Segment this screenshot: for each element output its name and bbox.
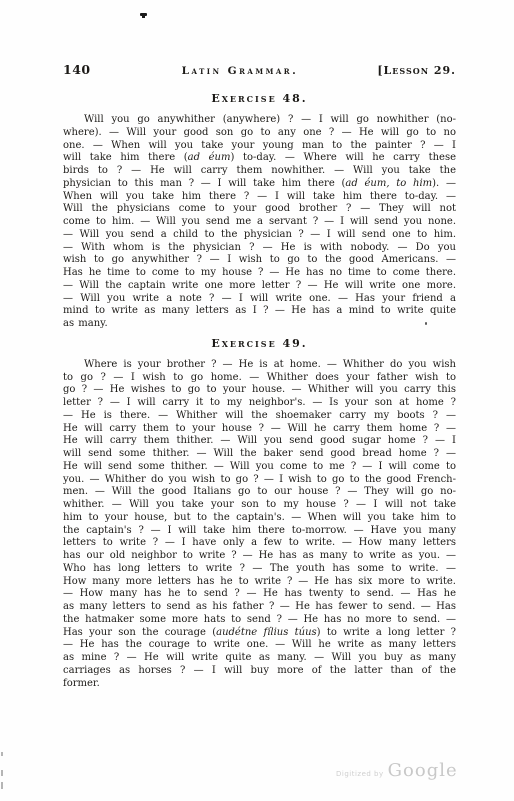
scan-artifact-edge-mark xyxy=(1,770,3,776)
exercise-49-body: Where is your brother ? — He is at home.… xyxy=(63,359,456,691)
text-line: go ? — He wishes to go to your house. — … xyxy=(63,384,456,397)
text-line: Has he time to come to my house ? — He h… xyxy=(63,267,456,280)
exercise-49-heading: Exercise 49. xyxy=(63,338,456,350)
text-line: come to him. — Will you send me a servan… xyxy=(63,216,456,229)
text-line: former. xyxy=(63,678,456,691)
text-line: you. — Whither do you wish to go ? — I w… xyxy=(63,474,456,487)
text-line: birds to ? — He will carry them nowhithe… xyxy=(63,165,456,178)
text-line: will take him there (ad éum) to-day. — W… xyxy=(63,152,456,165)
text-line: the hatmaker some more hats to send ? — … xyxy=(63,614,456,627)
text-line: Has your son the courage (audétne fílius… xyxy=(63,627,456,640)
text-line: — Will the captain write one more letter… xyxy=(63,280,456,293)
text-line: men. — Will the good Italians go to our … xyxy=(63,486,456,499)
text-line: as mine ? — He will write quite as many.… xyxy=(63,652,456,665)
text-line: Will you go anywhither (anywhere) ? — I … xyxy=(63,114,456,127)
text-line: has our old neighbor to write ? — He has… xyxy=(63,550,456,563)
running-title: Latin Grammar. xyxy=(182,65,299,78)
text-line: Who has long letters to write ? — The yo… xyxy=(63,563,456,576)
scan-artifact-edge-mark xyxy=(1,752,3,756)
scanned-book-page: 140 Latin Grammar. [Lesson 29. Exercise … xyxy=(0,0,514,801)
text-line: When will you take him there ? — I will … xyxy=(63,191,456,204)
scan-artifact-ink-blot xyxy=(140,13,147,16)
text-line: as many. xyxy=(63,318,456,331)
text-line: Will the physicians come to your good br… xyxy=(63,203,456,216)
text-line: letter ? — I will carry it to my neighbo… xyxy=(63,397,456,410)
watermark-prefix: Digitized by xyxy=(336,770,384,778)
google-logo: Google xyxy=(388,760,458,781)
page-header: 140 Latin Grammar. [Lesson 29. xyxy=(63,63,456,78)
text-line: How many more letters has he to write ? … xyxy=(63,576,456,589)
text-line: Where is your brother ? — He is at home.… xyxy=(63,359,456,372)
text-line: physician to this man ? — I will take hi… xyxy=(63,178,456,191)
exercise-48-body: Will you go anywhither (anywhere) ? — I … xyxy=(63,114,456,331)
text-line: the captain's ? — I will take him there … xyxy=(63,525,456,538)
text-line: letters to write ? — I have only a few t… xyxy=(63,537,456,550)
page-content: 140 Latin Grammar. [Lesson 29. Exercise … xyxy=(63,63,456,690)
page-number: 140 xyxy=(63,63,91,76)
text-line: carriages as horses ? — I will buy more … xyxy=(63,665,456,678)
text-line: one. — When will you take your young man… xyxy=(63,140,456,153)
text-line: where). — Will your good son go to any o… xyxy=(63,127,456,140)
scan-artifact-edge-mark xyxy=(1,782,3,789)
text-line: He will carry them thither. — Will you s… xyxy=(63,435,456,448)
text-line: — How many has he to send ? — He has twe… xyxy=(63,588,456,601)
text-line: will send some thither. — Will the baker… xyxy=(63,448,456,461)
lesson-reference: [Lesson 29. xyxy=(377,64,456,77)
text-line: to go ? — I wish to go home. — Whither d… xyxy=(63,372,456,385)
text-line: wish to go anywhither ? — I wish to go t… xyxy=(63,254,456,267)
exercise-48-heading: Exercise 48. xyxy=(63,93,456,105)
text-line: whither. — Will you take your son to my … xyxy=(63,499,456,512)
text-line: — Will you write a note ? — I will write… xyxy=(63,293,456,306)
text-line: — He is there. — Whither will the shoema… xyxy=(63,410,456,423)
text-line: him to your house, but to the captain's.… xyxy=(63,512,456,525)
digitized-by-google-watermark: Digitized by Google xyxy=(336,760,458,781)
text-line: — Will you send a child to the physician… xyxy=(63,229,456,242)
text-line: — He has the courage to write one. — Wil… xyxy=(63,639,456,652)
text-line: He will carry them to your house ? — Wil… xyxy=(63,423,456,436)
text-line: as many letters to send as his father ? … xyxy=(63,601,456,614)
text-line: mind to write as many letters as I ? — H… xyxy=(63,305,456,318)
text-line: — With whom is the physician ? — He is w… xyxy=(63,242,456,255)
text-line: He will send some thither. — Will you co… xyxy=(63,461,456,474)
